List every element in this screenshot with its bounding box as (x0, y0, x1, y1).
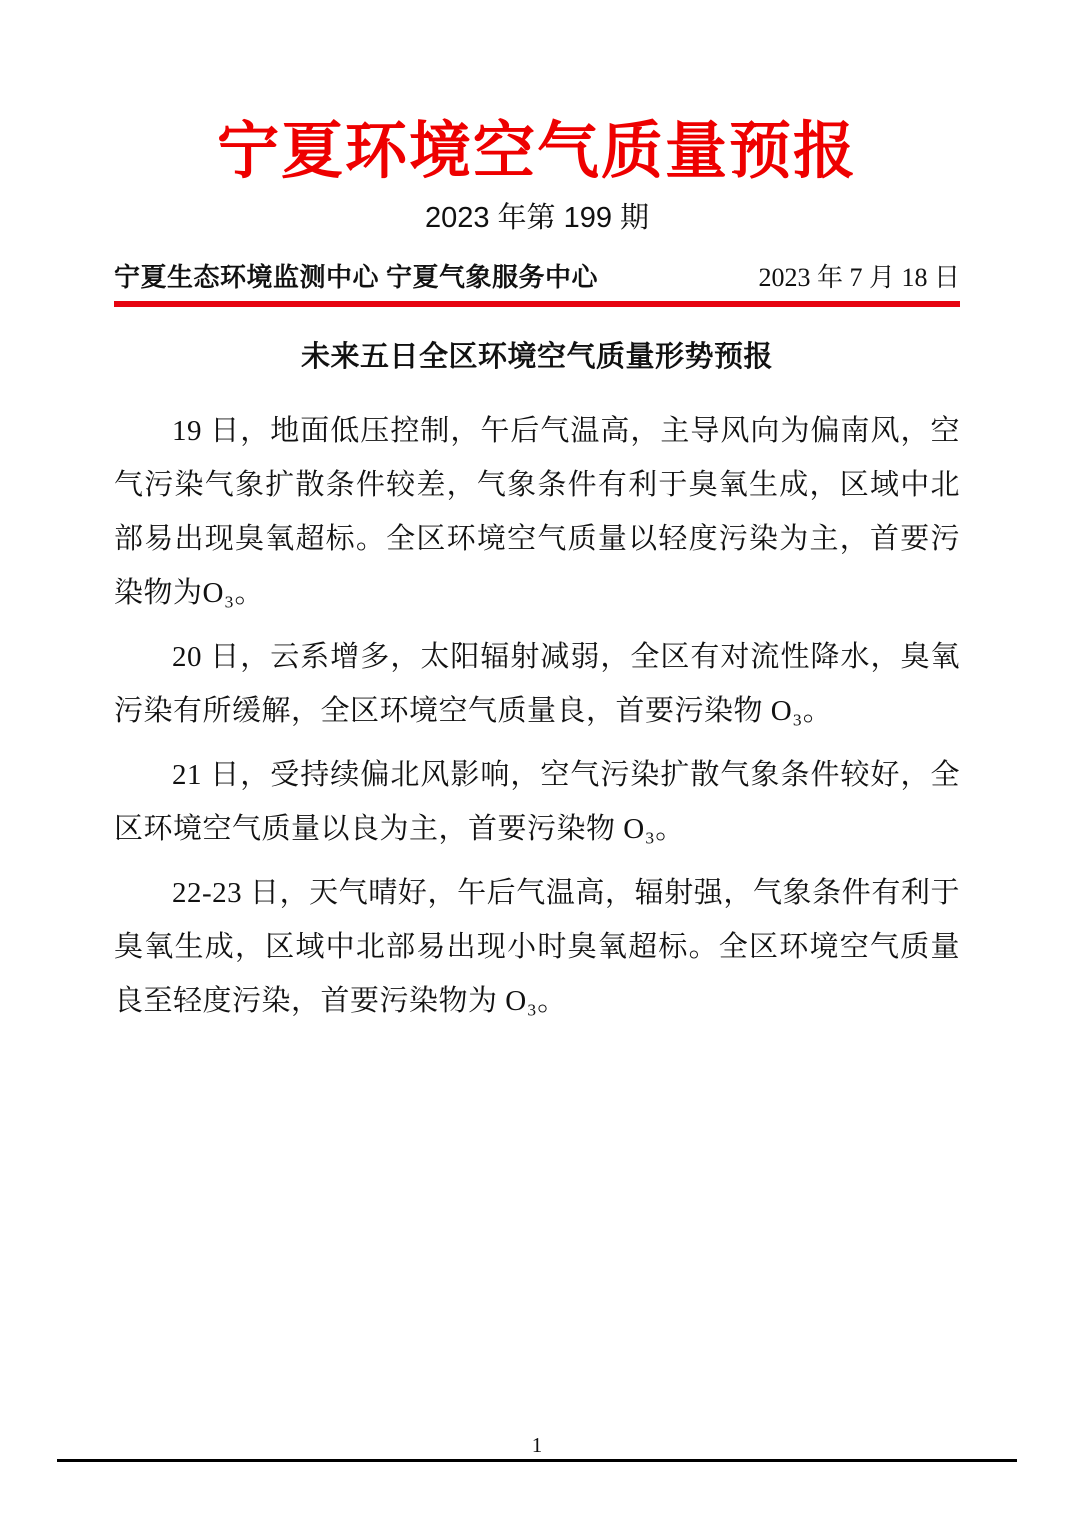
forecast-paragraph: 21 日，受持续偏北风影响，空气污染扩散气象条件较好，全区环境空气质量以良为主，… (114, 748, 960, 856)
red-divider (114, 301, 960, 307)
document-title: 宁夏环境空气质量预报 (114, 118, 960, 187)
issuer-row: 宁夏生态环境监测中心 宁夏气象服务中心 2023 年 7 月 18 日 (114, 262, 960, 295)
forecast-paragraph: 19 日，地面低压控制，午后气温高，主导风向为偏南风，空气污染气象扩散条件较差，… (114, 404, 960, 620)
issue-date: 2023 年 7 月 18 日 (758, 262, 960, 295)
issue-number: 2023 年第 199 期 (114, 201, 960, 236)
section-title: 未来五日全区环境空气质量形势预报 (114, 339, 960, 377)
footer-divider (57, 1459, 1017, 1462)
document-page: 宁夏环境空气质量预报 2023 年第 199 期 宁夏生态环境监测中心 宁夏气象… (0, 0, 1074, 1520)
forecast-paragraph: 20 日，云系增多，太阳辐射减弱，全区有对流性降水，臭氧污染有所缓解，全区环境空… (114, 630, 960, 738)
forecast-body: 19 日，地面低压控制，午后气温高，主导风向为偏南风，空气污染气象扩散条件较差，… (114, 404, 960, 1028)
issuing-agencies: 宁夏生态环境监测中心 宁夏气象服务中心 (114, 262, 598, 295)
forecast-paragraph: 22-23 日，天气晴好，午后气温高，辐射强，气象条件有利于臭氧生成，区域中北部… (114, 866, 960, 1028)
page-footer: 1 (57, 1434, 1017, 1462)
page-number: 1 (532, 1434, 543, 1457)
